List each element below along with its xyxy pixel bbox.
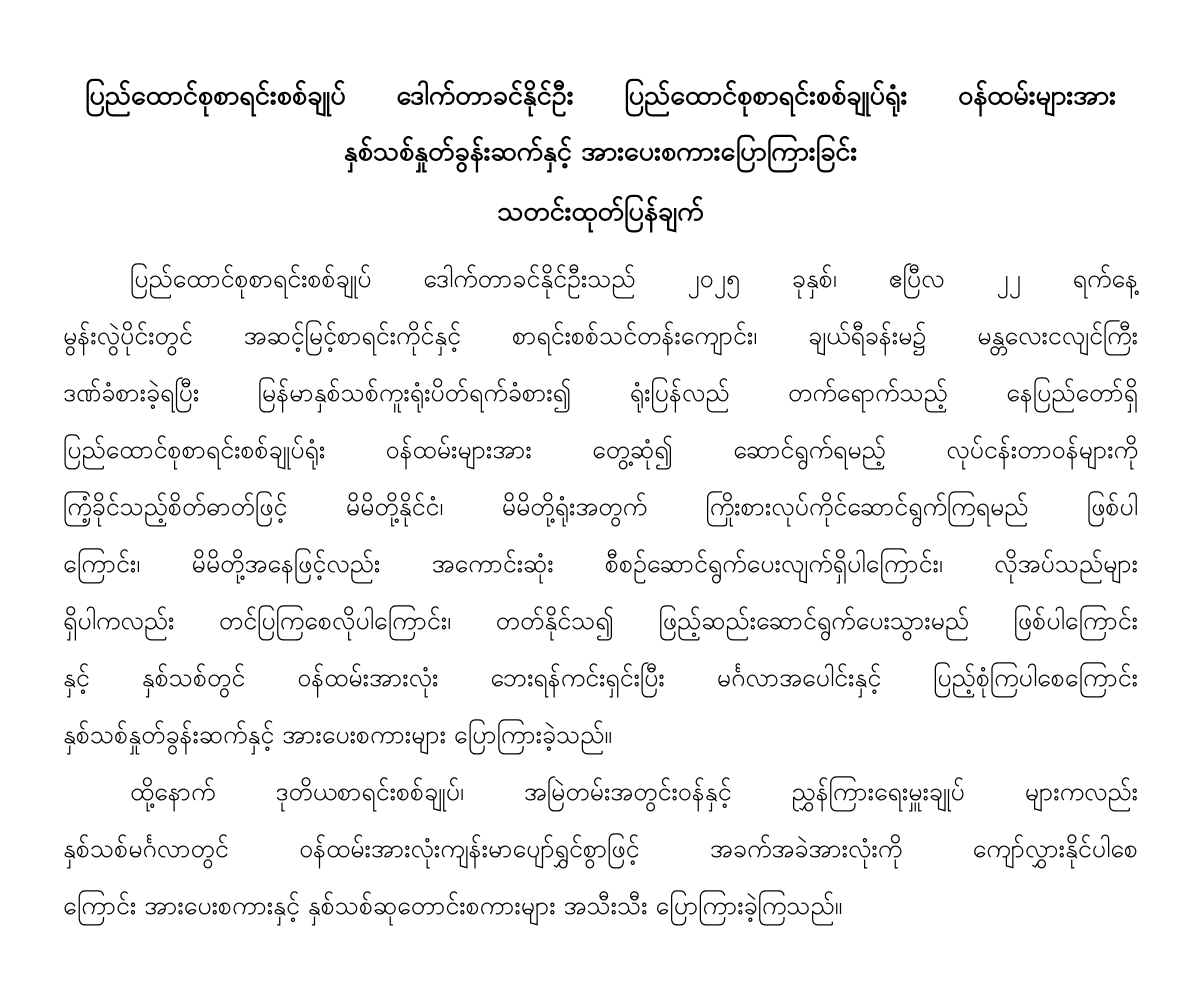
text-line: မွန်းလွဲပိုင်းတွင် အဆင့်မြင့်စာရင်းကိုင်…	[63, 307, 1138, 364]
text-line: ရှိပါကလည်း တင်ပြကြစေလိုပါကြောင်း၊ တတ်နို…	[63, 592, 1138, 649]
text-line: ထို့နောက် ဒုတိယစာရင်းစစ်ချုပ်၊ အမြဲတမ်းအ…	[63, 763, 1138, 820]
paragraph-1: ပြည်ထောင်စုစာရင်းစစ်ချုပ် ဒေါက်တာခင်နိုင…	[63, 250, 1138, 763]
text-line: နှင့် နှစ်သစ်တွင် ဝန်ထမ်းအားလုံး ဘေးရန်က…	[63, 649, 1138, 706]
text-line: ဒဏ်ခံစားခဲ့ရပြီး မြန်မာနှစ်သစ်ကူးရုံးပိတ…	[63, 364, 1138, 421]
document-title-line-1: ပြည်ထောင်စုစာရင်းစစ်ချုပ် ဒေါက်တာခင်နိုင…	[85, 68, 1116, 124]
document-title-line-2: နှစ်သစ်နှုတ်ခွန်းဆက်နှင့် အားပေးစကားပြော…	[85, 124, 1116, 180]
text-line: ကြောင်း အားပေးစကားနှင့် နှစ်သစ်ဆုတောင်းစ…	[63, 877, 1138, 934]
document-page: ပြည်ထောင်စုစာရင်းစစ်ချုပ် ဒေါက်တာခင်နိုင…	[0, 0, 1200, 989]
text-line: ပြည်ထောင်စုစာရင်းစစ်ချုပ်ရုံး ဝန်ထမ်းမျာ…	[63, 421, 1138, 478]
text-line: နှစ်သစ်မင်္ဂလာတွင် ဝန်ထမ်းအားလုံးကျန်းမာ…	[63, 820, 1138, 877]
document-title: ပြည်ထောင်စုစာရင်းစစ်ချုပ် ဒေါက်တာခင်နိုင…	[63, 68, 1138, 180]
text-line: ကြောင်း၊ မိမိတို့အနေဖြင့်လည်း အကောင်းဆုံ…	[63, 535, 1138, 592]
text-line: နှစ်သစ်နှုတ်ခွန်းဆက်နှင့် အားပေးစကားများ…	[63, 706, 1138, 763]
text-line: ပြည်ထောင်စုစာရင်းစစ်ချုပ် ဒေါက်တာခင်နိုင…	[63, 250, 1138, 307]
paragraph-2: ထို့နောက် ဒုတိယစာရင်းစစ်ချုပ်၊ အမြဲတမ်းအ…	[63, 763, 1138, 934]
press-release-heading: သတင်းထုတ်ပြန်ချက်	[63, 184, 1138, 240]
text-line: ကြံ့ခိုင်သည့်စိတ်ဓာတ်ဖြင့် မိမိတို့နိုင်…	[63, 478, 1138, 535]
